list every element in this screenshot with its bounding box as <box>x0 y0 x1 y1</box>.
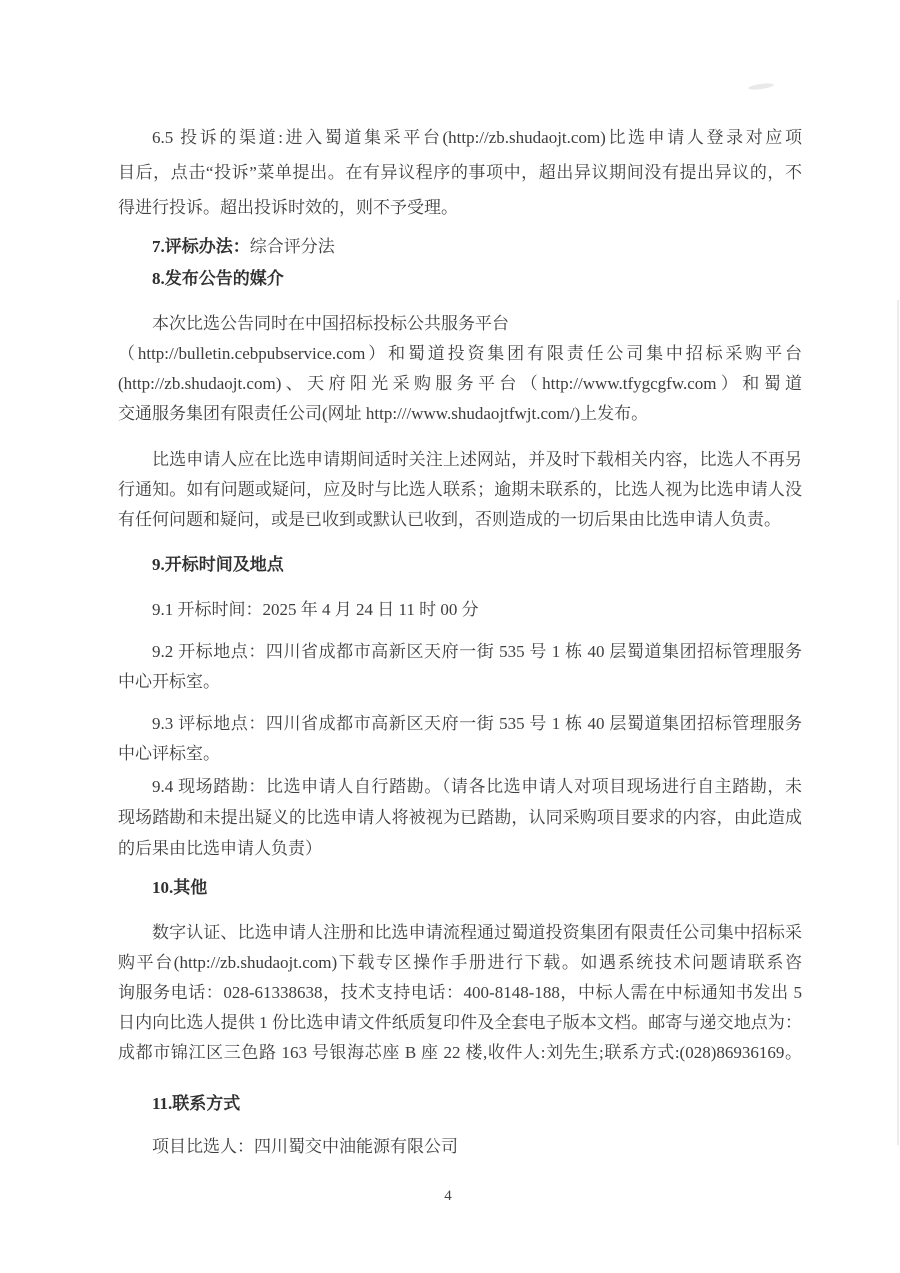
paragraph-9-1-opening-time: 9.1 开标时间：2025 年 4 月 24 日 11 时 00 分 <box>118 595 802 625</box>
heading-8-announcement-media: 8.发布公告的媒介 <box>118 263 802 295</box>
paragraph-other-line3: 询服务电话：028-61338638，技术支持电话：400-8148-188，中… <box>118 978 802 1008</box>
paragraph-media-platforms: 本次比选公告同时在中国招标投标公共服务平台 （http://bulletin.c… <box>118 309 802 429</box>
paragraph-9-3-line1: 9.3 评标地点：四川省成都市高新区天府一街 535 号 1 栋 40 层蜀道集… <box>118 709 802 739</box>
paragraph-9-4-site-survey: 9.4 现场踏勘：比选申请人自行踏勘。（请各比选申请人对项目现场进行自主踏勘，未… <box>118 771 802 864</box>
scanned-document-page: { "page_number": "4", "sections": { "com… <box>0 0 900 1273</box>
paragraph-project-selector: 项目比选人：四川蜀交中油能源有限公司 <box>118 1132 802 1162</box>
heading-11-contact: 11.联系方式 <box>118 1088 802 1120</box>
paragraph-9-4-line1: 9.4 现场踏勘：比选申请人自行踏勘。（请各比选申请人对项目现场进行自主踏勘，未 <box>118 771 802 802</box>
heading-10-other: 10.其他 <box>118 872 802 904</box>
paragraph-notice-line1: 比选申请人应在比选申请期间适时关注上述网站，并及时下载相关内容，比选人不再另 <box>118 445 802 475</box>
paragraph-complaint-line1: 6.5 投诉的渠道:进入蜀道集采平台(http://zb.shudaojt.co… <box>118 120 802 155</box>
heading-7-evaluation-method: 7.评标办法：综合评分法 <box>118 231 802 263</box>
paragraph-notice-line2: 行通知。如有问题或疑问，应及时与比选人联系；逾期未联系的，比选人视为比选申请人没 <box>118 475 802 505</box>
paragraph-other-line4: 日内向比选人提供 1 份比选申请文件纸质复印件及全套电子版本文档。邮寄与递交地点… <box>118 1008 802 1038</box>
paragraph-9-2-opening-place: 9.2 开标地点：四川省成都市高新区天府一街 535 号 1 栋 40 层蜀道集… <box>118 637 802 697</box>
paragraph-9-4-line2: 现场踏勘和未提出疑义的比选申请人将被视为已踏勘，认同采购项目要求的内容，由此造成 <box>118 802 802 833</box>
paragraph-complaint-channel: 6.5 投诉的渠道:进入蜀道集采平台(http://zb.shudaojt.co… <box>118 120 802 225</box>
paragraph-9-3-line2: 中心评标室。 <box>118 739 802 769</box>
paragraph-complaint-line2: 目后，点击“投诉”菜单提出。在有异议程序的事项中，超出异议期间没有提出异议的，不 <box>118 155 802 190</box>
paragraph-other-line2: 购平台(http://zb.shudaojt.com)下载专区操作手册进行下载。… <box>118 948 802 978</box>
paragraph-media-line2: （http://bulletin.cebpubservice.com）和蜀道投资… <box>118 339 802 369</box>
paragraph-9-2-line1: 9.2 开标地点：四川省成都市高新区天府一街 535 号 1 栋 40 层蜀道集… <box>118 637 802 667</box>
document-body: 6.5 投诉的渠道:进入蜀道集采平台(http://zb.shudaojt.co… <box>118 120 802 1162</box>
paragraph-9-2-line2: 中心开标室。 <box>118 667 802 697</box>
heading-7-value: 综合评分法 <box>250 237 335 256</box>
scan-edge-artifact <box>897 300 899 1145</box>
heading-7-label: 7.评标办法： <box>152 237 250 256</box>
paragraph-complaint-line3: 得进行投诉。超出投诉时效的，则不予受理。 <box>118 190 802 225</box>
paragraph-media-line3: (http://zb.shudaojt.com)、天府阳光采购服务平台（http… <box>118 369 802 399</box>
paragraph-other-line5: 成都市锦江区三色路 163 号银海芯座 B 座 22 楼,收件人:刘先生;联系方… <box>118 1038 802 1068</box>
paragraph-9-3-evaluation-place: 9.3 评标地点：四川省成都市高新区天府一街 535 号 1 栋 40 层蜀道集… <box>118 709 802 769</box>
scan-smudge-artifact <box>748 82 774 91</box>
paragraph-media-line4: 交通服务集团有限责任公司(网址 http:///www.shudaojtfwjt… <box>118 399 802 429</box>
paragraph-other-details: 数字认证、比选申请人注册和比选申请流程通过蜀道投资集团有限责任公司集中招标采 购… <box>118 918 802 1068</box>
paragraph-9-4-line3: 的后果由比选申请人负责） <box>118 833 802 864</box>
page-number: 4 <box>0 1188 896 1205</box>
heading-9-bid-opening: 9.开标时间及地点 <box>118 549 802 581</box>
paragraph-other-line1: 数字认证、比选申请人注册和比选申请流程通过蜀道投资集团有限责任公司集中招标采 <box>118 918 802 948</box>
paragraph-notice-obligation: 比选申请人应在比选申请期间适时关注上述网站，并及时下载相关内容，比选人不再另 行… <box>118 445 802 535</box>
paragraph-media-line1: 本次比选公告同时在中国招标投标公共服务平台 <box>118 309 802 339</box>
paragraph-notice-line3: 有任何问题和疑问，或是已收到或默认已收到，否则造成的一切后果由比选申请人负责。 <box>118 505 802 535</box>
